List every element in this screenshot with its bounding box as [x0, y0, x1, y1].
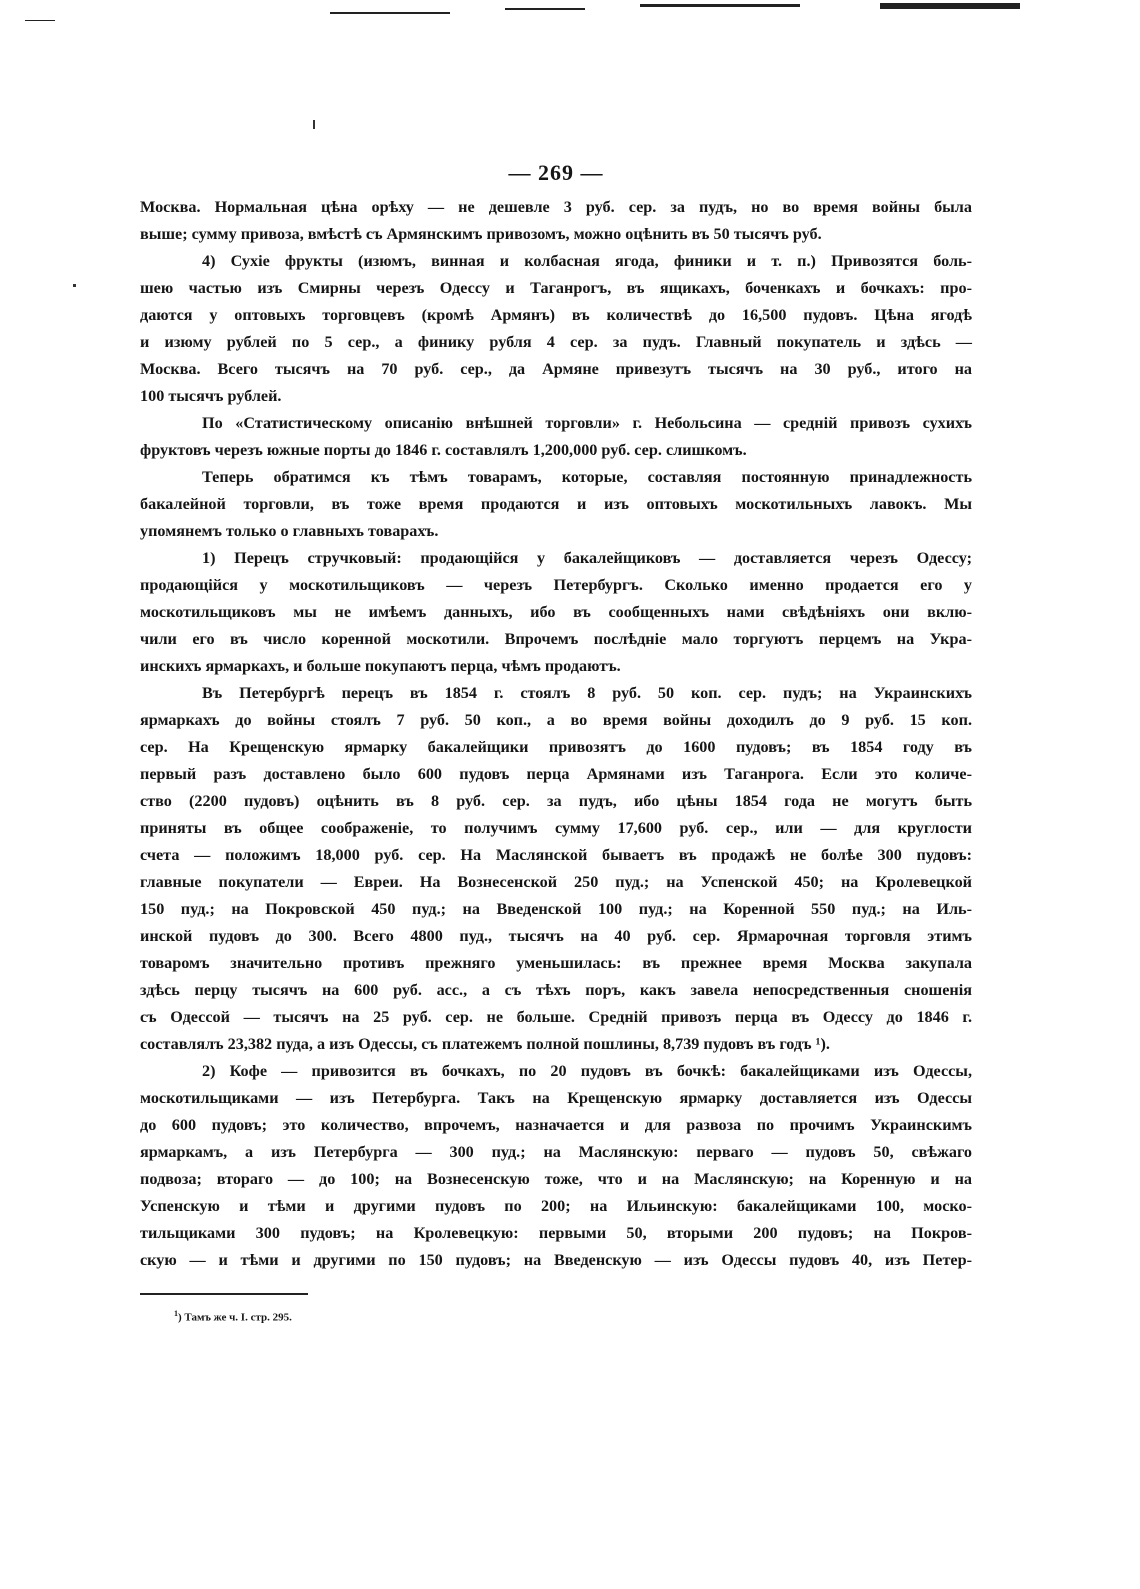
text-line: 2) Кофе — привозится въ бочкахъ, по 20 п… — [140, 1058, 972, 1085]
paragraph-pepper-prices: Въ Петербургѣ перецъ въ 1854 г. стоялъ 8… — [140, 680, 972, 1058]
paragraph-grocery-goods-intro: Теперь обратимся къ тѣмъ товарамъ, котор… — [140, 464, 972, 545]
text-line: приняты въ общее соображеніе, то получим… — [140, 815, 972, 842]
text-line: составлялъ 23,382 пуда, а изъ Одессы, съ… — [140, 1031, 972, 1058]
text-line: товаромъ значительно противъ прежняго ум… — [140, 950, 972, 977]
scan-speck — [313, 120, 315, 129]
text-line: Въ Петербургѣ перецъ въ 1854 г. стоялъ 8… — [140, 680, 972, 707]
text-line: подвоза; втораго — до 100; на Вознесенск… — [140, 1166, 972, 1193]
text-line: тильщиками 300 пудовъ; на Кролевецкую: п… — [140, 1220, 972, 1247]
text-line: инской пудовъ до 300. Всего 4800 пуд., т… — [140, 923, 972, 950]
paragraph-nuts-price: Москва. Нормальная цѣна орѣху — не дешев… — [140, 194, 972, 248]
text-line: Москва. Нормальная цѣна орѣху — не дешев… — [140, 194, 972, 221]
text-line: выше; сумму привоза, вмѣстѣ съ Армянским… — [140, 221, 972, 248]
text-line: 150 пуд.; на Покровской 450 пуд.; на Вве… — [140, 896, 972, 923]
text-line: чили его въ число коренной москотили. Вп… — [140, 626, 972, 653]
text-line: ярмаркамъ, а изъ Петербурга — 300 пуд.; … — [140, 1139, 972, 1166]
text-line: 4) Сухіе фрукты (изюмъ, винная и колбасн… — [140, 248, 972, 275]
text-line: Теперь обратимся къ тѣмъ товарамъ, котор… — [140, 464, 972, 491]
text-line: продающійся у москотильщиковъ — черезъ П… — [140, 572, 972, 599]
paragraph-pepper: 1) Перецъ стручковый: продающійся у бака… — [140, 545, 972, 680]
text-line: По «Статистическому описанію внѣшней тор… — [140, 410, 972, 437]
text-line: главные покупатели — Евреи. На Вознесенс… — [140, 869, 972, 896]
text-line: ярмаркахъ до войны стоялъ 7 руб. 50 коп.… — [140, 707, 972, 734]
text-line: шею частью изъ Смирны черезъ Одессу и Та… — [140, 275, 972, 302]
text-line: москотильщиковъ мы не имѣемъ данныхъ, иб… — [140, 599, 972, 626]
text-line: Москва. Всего тысячъ на 70 руб. сер., да… — [140, 356, 972, 383]
page-number: — 269 — — [140, 160, 972, 186]
text-line: до 600 пудовъ; это количество, впрочемъ,… — [140, 1112, 972, 1139]
footnote: 1) Тамъ же ч. I. стр. 295. — [174, 1309, 292, 1324]
text-line: здѣсь перцу тысячъ на 600 руб. асс., а с… — [140, 977, 972, 1004]
text-line: первый разъ доставлено было 600 пудовъ п… — [140, 761, 972, 788]
text-line: москотильщиками — изъ Петербурга. Такъ н… — [140, 1085, 972, 1112]
document-page: — 269 — Москва. Нормальная цѣна орѣху — … — [140, 160, 972, 1274]
footnote-divider — [140, 1293, 308, 1295]
text-line: ство (2200 пудовъ) оцѣнить въ 8 руб. сер… — [140, 788, 972, 815]
text-line: бакалейной торговли, въ тоже время прода… — [140, 491, 972, 518]
text-line: даются у оптовыхъ торговцевъ (кромѣ Армя… — [140, 302, 972, 329]
text-line: сер. На Крещенскую ярмарку бакалейщики п… — [140, 734, 972, 761]
text-line: скую — и тѣми и другими по 150 пудовъ; н… — [140, 1247, 972, 1274]
text-line: фруктовъ черезъ южные порты до 1846 г. с… — [140, 437, 972, 464]
scan-speck — [73, 284, 76, 287]
paragraph-nebolsin-statistics: По «Статистическому описанію внѣшней тор… — [140, 410, 972, 464]
text-line: счета — положимъ 18,000 руб. сер. На Мас… — [140, 842, 972, 869]
scan-artifact-top — [0, 0, 1140, 40]
paragraph-coffee: 2) Кофе — привозится въ бочкахъ, по 20 п… — [140, 1058, 972, 1274]
text-line: 1) Перецъ стручковый: продающійся у бака… — [140, 545, 972, 572]
text-line: Успенскую и тѣми и другими пудовъ по 200… — [140, 1193, 972, 1220]
paragraph-dried-fruits: 4) Сухіе фрукты (изюмъ, винная и колбасн… — [140, 248, 972, 410]
footnote-text: ) Тамъ же ч. I. стр. 295. — [178, 1312, 292, 1324]
text-line: съ Одессой — тысячъ на 25 руб. сер. не б… — [140, 1004, 972, 1031]
text-line: инскихъ ярмаркахъ, и больше покупаютъ пе… — [140, 653, 972, 680]
text-line: упомянемъ только о главныхъ товарахъ. — [140, 518, 972, 545]
text-line: и изюму рублей по 5 сер., а финику рубля… — [140, 329, 972, 356]
text-line: 100 тысячъ рублей. — [140, 383, 972, 410]
